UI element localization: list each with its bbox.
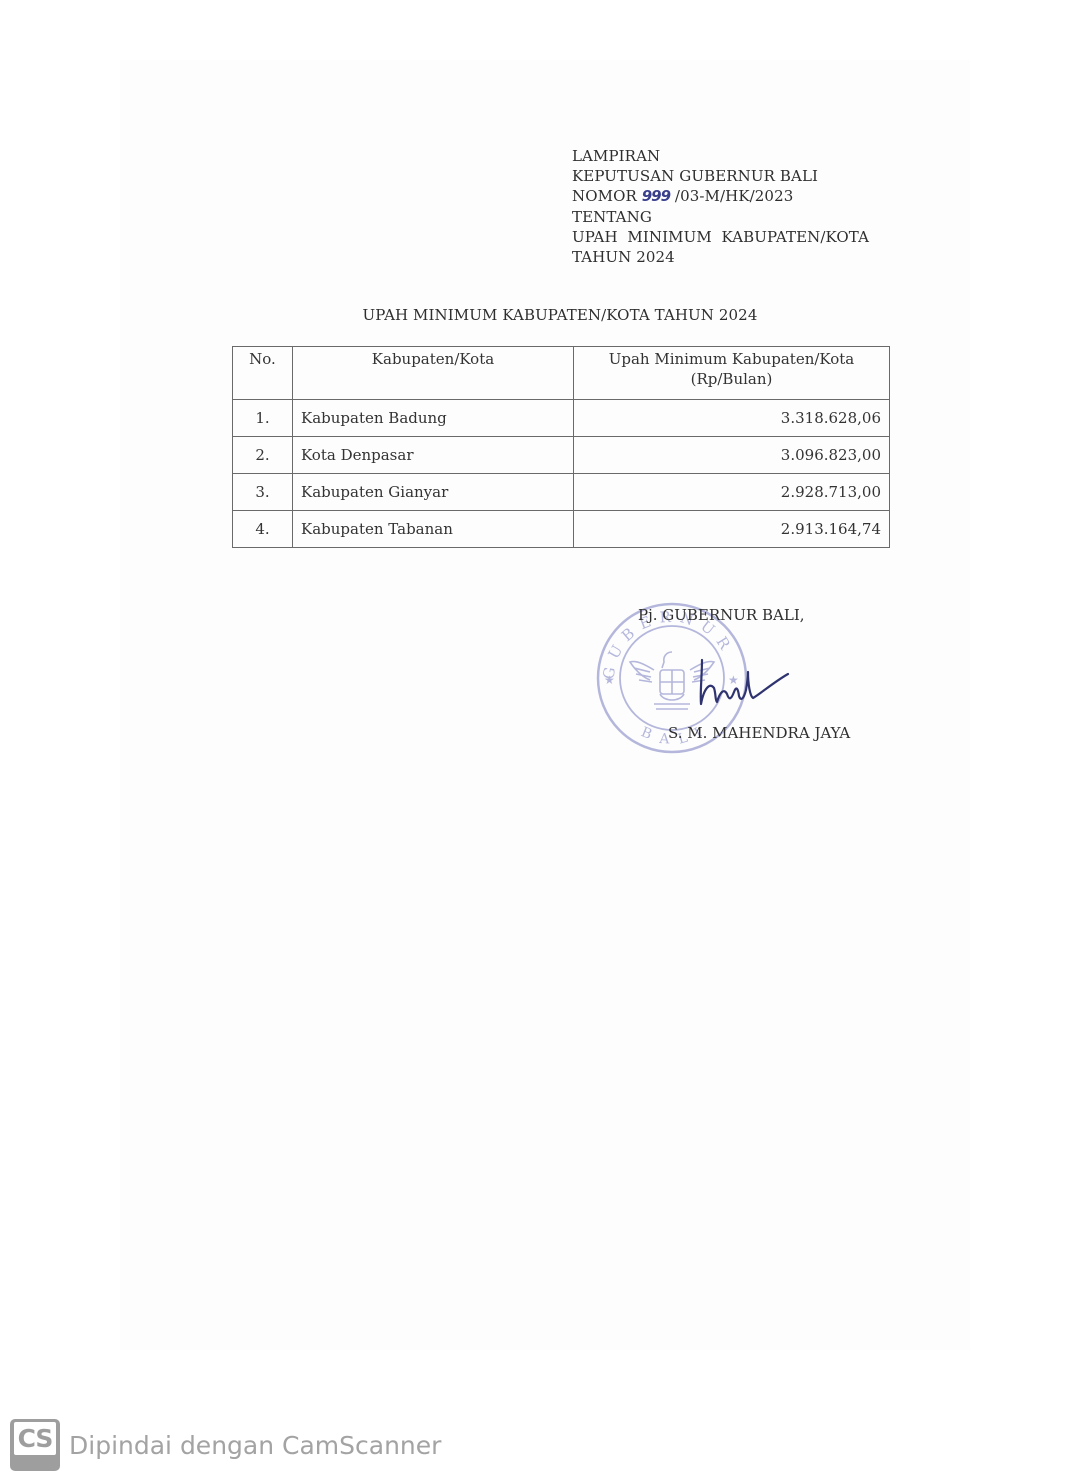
- row-number: 2.: [233, 437, 293, 474]
- handwritten-signature-icon: [690, 658, 800, 708]
- signatory-title: Pj. GUBERNUR BALI,: [638, 606, 805, 624]
- nomor-prefix: NOMOR: [572, 187, 642, 205]
- camscanner-logo-icon: CS: [10, 1419, 60, 1471]
- column-header-wage-line2: (Rp/Bulan): [582, 369, 881, 389]
- attachment-header: LAMPIRAN KEPUTUSAN GUBERNUR BALI NOMOR 9…: [572, 146, 869, 267]
- header-line-keputusan: KEPUTUSAN GUBERNUR BALI: [572, 166, 869, 186]
- row-regency: Kabupaten Tabanan: [293, 511, 574, 548]
- header-line-tentang: TENTANG: [572, 207, 869, 227]
- watermark-text: Dipindai dengan CamScanner: [69, 1431, 441, 1460]
- minimum-wage-table: No. Kabupaten/Kota Upah Minimum Kabupate…: [232, 346, 890, 548]
- row-number: 3.: [233, 474, 293, 511]
- column-header-wage-line1: Upah Minimum Kabupaten/Kota: [582, 349, 881, 369]
- row-wage: 2.913.164,74: [574, 511, 890, 548]
- svg-text:★: ★: [604, 673, 615, 687]
- row-regency: Kabupaten Gianyar: [293, 474, 574, 511]
- row-number: 1.: [233, 400, 293, 437]
- table-row: 1. Kabupaten Badung 3.318.628,06: [233, 400, 890, 437]
- signature-block: GUBERNUR BALI ★ ★ Pj. GUBERNUR BALI, S. …: [590, 600, 910, 760]
- header-line-year: TAHUN 2024: [572, 247, 869, 267]
- row-wage: 3.318.628,06: [574, 400, 890, 437]
- camscanner-watermark: CS Dipindai dengan CamScanner: [10, 1420, 441, 1470]
- header-line-nomor: NOMOR 999 /03-M/HK/2023: [572, 186, 869, 206]
- table-row: 2. Kota Denpasar 3.096.823,00: [233, 437, 890, 474]
- column-header-no: No.: [233, 347, 293, 400]
- row-number: 4.: [233, 511, 293, 548]
- nomor-handwritten: 999: [642, 187, 670, 205]
- row-regency: Kabupaten Badung: [293, 400, 574, 437]
- header-line-lampiran: LAMPIRAN: [572, 146, 869, 166]
- document-title: UPAH MINIMUM KABUPATEN/KOTA TAHUN 2024: [0, 306, 1091, 324]
- nomor-suffix: /03-M/HK/2023: [670, 187, 793, 205]
- header-line-subject: UPAH MINIMUM KABUPATEN/KOTA: [572, 227, 869, 247]
- signatory-name: S. M. MAHENDRA JAYA: [668, 724, 850, 742]
- column-header-regency: Kabupaten/Kota: [293, 347, 574, 400]
- column-header-wage: Upah Minimum Kabupaten/Kota (Rp/Bulan): [574, 347, 890, 400]
- table-row: 4. Kabupaten Tabanan 2.913.164,74: [233, 511, 890, 548]
- row-wage: 3.096.823,00: [574, 437, 890, 474]
- row-regency: Kota Denpasar: [293, 437, 574, 474]
- table-header-row: No. Kabupaten/Kota Upah Minimum Kabupate…: [233, 347, 890, 400]
- row-wage: 2.928.713,00: [574, 474, 890, 511]
- camscanner-logo-text: CS: [14, 1422, 56, 1455]
- table-row: 3. Kabupaten Gianyar 2.928.713,00: [233, 474, 890, 511]
